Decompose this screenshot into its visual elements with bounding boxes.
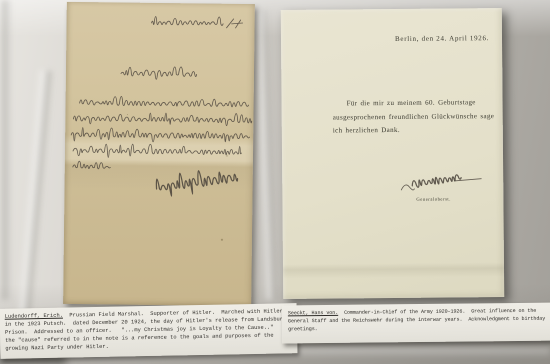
photo-of-two-letters: Berlin, den 24. April 1926. Für die mir … [0,0,550,364]
fabric-wrinkle [14,70,53,340]
handwritten-letter-content [63,2,255,306]
signature-underline [454,179,481,181]
handwritten-date [152,16,224,25]
ludendorff-signature [155,166,239,199]
seeckt-signature [281,8,505,299]
left-letter-paper [63,2,255,306]
handwritten-line [73,112,251,126]
caption-subject-name: Ludendorff, Erich. [5,313,63,320]
right-caption-card: Seeckt, Hans von. Commander-in-Chief of … [282,303,550,344]
handwritten-date-numerals [227,19,243,28]
fabric-wrinkle [2,0,12,300]
right-letter-paper: Berlin, den 24. April 1926. Für die mir … [281,8,505,299]
handwritten-line [71,127,249,143]
handwritten-line [73,143,241,159]
fabric-wrinkle [253,10,277,300]
rank-line: Generaloberst. [416,197,451,202]
handwritten-initials [73,161,111,169]
left-caption-card: Ludendorff, Erich. Prussian Field Marsha… [0,303,297,359]
caption-subject-name: Seeckt, Hans von. [288,310,338,317]
handwritten-salutation [121,66,197,80]
handwritten-line [80,96,249,107]
